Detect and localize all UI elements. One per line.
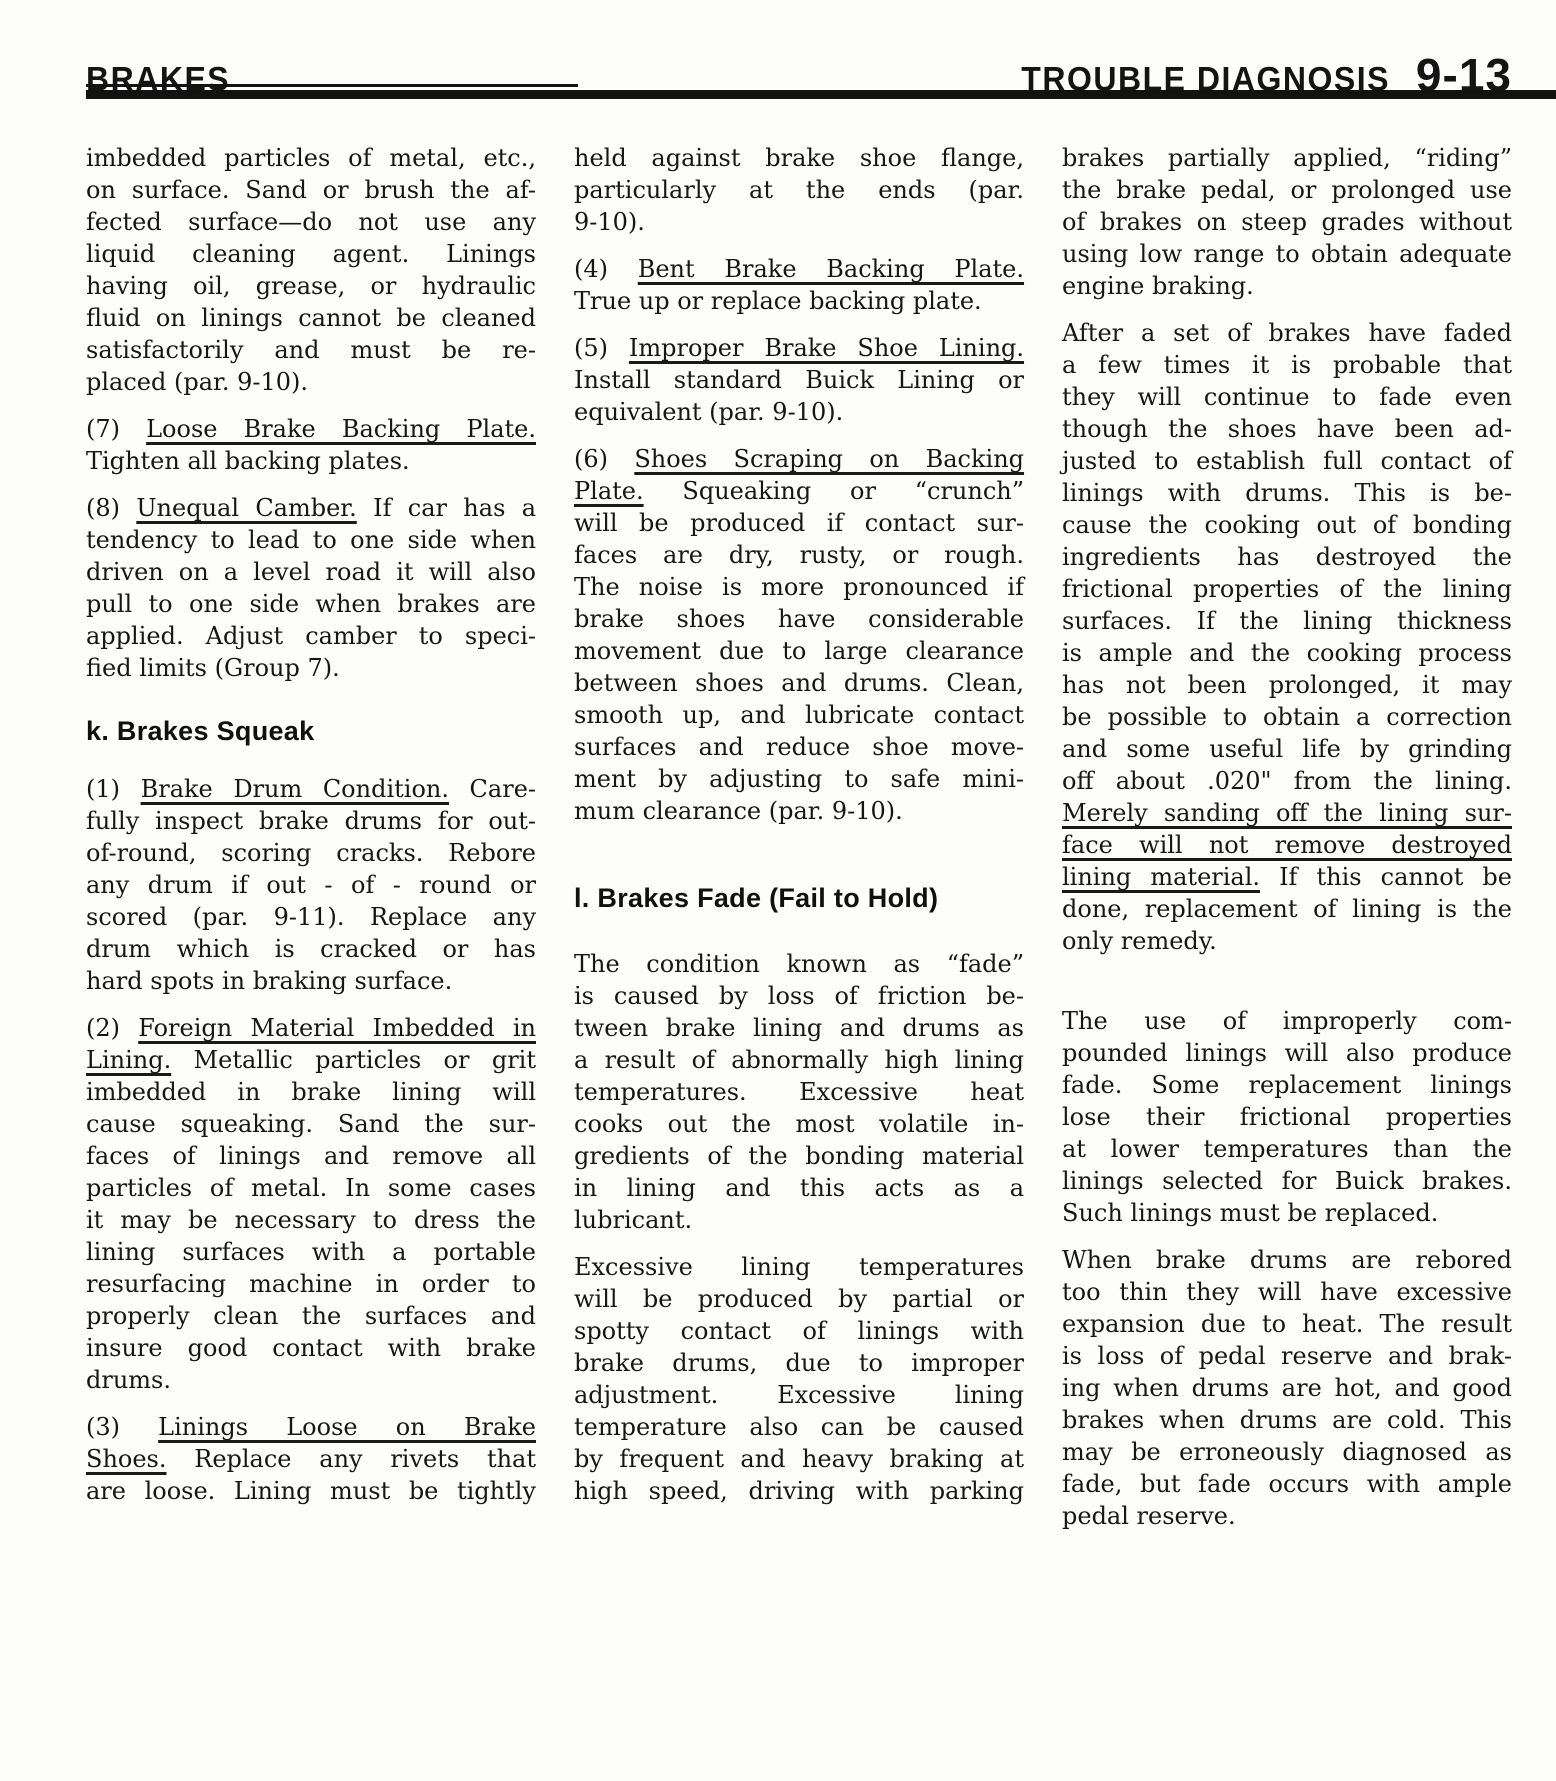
text-line: justed to establish full contact of — [1062, 445, 1512, 477]
text-line: placed (par. 9-10). — [86, 366, 536, 398]
paragraph: (8) Unequal Camber. If car has atendency… — [86, 492, 536, 684]
text-line: in lining and this acts as a — [574, 1172, 1024, 1204]
text-column-2: held against brake shoe flange,particula… — [574, 142, 1024, 1547]
text-line: by frequent and heavy braking at — [574, 1443, 1024, 1475]
text-line: pull to one side when brakes are — [86, 588, 536, 620]
text-line: too thin they will have excessive — [1062, 1276, 1512, 1308]
text-line: insure good contact with brake — [86, 1332, 536, 1364]
columns: imbedded particles of metal, etc.,on sur… — [86, 142, 1512, 1547]
text-line: surfaces and reduce shoe move- — [574, 731, 1024, 763]
text-column-1: imbedded particles of metal, etc.,on sur… — [86, 142, 536, 1547]
text-line: fluid on linings cannot be cleaned — [86, 302, 536, 334]
paragraph: brakes partially applied, “riding”the br… — [1062, 142, 1512, 302]
text-line: ment by adjusting to safe mini- — [574, 763, 1024, 795]
text-line: a result of abnormally high lining — [574, 1044, 1024, 1076]
text-line: movement due to large clearance — [574, 635, 1024, 667]
text-line: drum which is cracked or has — [86, 933, 536, 965]
text-line: linings with drums. This is be- — [1062, 477, 1512, 509]
section-heading: l. Brakes Fade (Fail to Hold) — [574, 883, 1024, 914]
text-line: of-round, scoring cracks. Rebore — [86, 837, 536, 869]
text-line: faces are dry, rusty, or rough. — [574, 539, 1024, 571]
text-line: and some useful life by grinding — [1062, 733, 1512, 765]
text-line: Excessive lining temperatures — [574, 1251, 1024, 1283]
text-line: fected surface—do not use any — [86, 206, 536, 238]
text-line: is loss of pedal reserve and brak- — [1062, 1340, 1512, 1372]
text-line: cause the cooking out of bonding — [1062, 509, 1512, 541]
text-line: (5) Improper Brake Shoe Lining. — [574, 332, 1024, 364]
text-line: done, replacement of lining is the — [1062, 893, 1512, 925]
text-line: be possible to obtain a correction — [1062, 701, 1512, 733]
paragraph: imbedded particles of metal, etc.,on sur… — [86, 142, 536, 398]
text-line: (8) Unequal Camber. If car has a — [86, 492, 536, 524]
text-line: Tighten all backing plates. — [86, 445, 536, 477]
paragraph: (6) Shoes Scraping on BackingPlate. Sque… — [574, 443, 1024, 827]
text-line: (4) Bent Brake Backing Plate. — [574, 253, 1024, 285]
header-rule-thin — [86, 84, 578, 87]
text-line: at lower temperatures than the — [1062, 1133, 1512, 1165]
text-line: frictional properties of the lining — [1062, 573, 1512, 605]
text-line: pounded linings will also produce — [1062, 1037, 1512, 1069]
text-line: has not been prolonged, it may — [1062, 669, 1512, 701]
text-line: fade, but fade occurs with ample — [1062, 1468, 1512, 1500]
manual-page: BRAKES TROUBLE DIAGNOSIS 9-13 imbedded p… — [0, 0, 1556, 1781]
text-line: face will not remove destroyed — [1062, 829, 1512, 861]
text-line: using low range to obtain adequate — [1062, 238, 1512, 270]
text-line: will be produced if contact sur- — [574, 507, 1024, 539]
text-line: drums. — [86, 1364, 536, 1396]
text-line: lose their frictional properties — [1062, 1101, 1512, 1133]
paragraph: (1) Brake Drum Condition. Care-fully ins… — [86, 773, 536, 997]
text-line: they will continue to fade even — [1062, 381, 1512, 413]
text-line: tendency to lead to one side when — [86, 524, 536, 556]
text-line: engine braking. — [1062, 270, 1512, 302]
text-line: lining material. If this cannot be — [1062, 861, 1512, 893]
text-line: surfaces. If the lining thickness — [1062, 605, 1512, 637]
text-line: satisfactorily and must be re- — [86, 334, 536, 366]
text-line: Merely sanding off the lining sur- — [1062, 797, 1512, 829]
text-line: fully inspect brake drums for out- — [86, 805, 536, 837]
text-line: will be produced by partial or — [574, 1283, 1024, 1315]
text-line: When brake drums are rebored — [1062, 1244, 1512, 1276]
text-line: brake drums, due to improper — [574, 1347, 1024, 1379]
section-heading: k. Brakes Squeak — [86, 716, 536, 747]
text-line: Such linings must be replaced. — [1062, 1197, 1512, 1229]
text-line: it may be necessary to dress the — [86, 1204, 536, 1236]
text-line: 9-10). — [574, 206, 1024, 238]
text-line: mum clearance (par. 9-10). — [574, 795, 1024, 827]
text-line: brakes when drums are cold. This — [1062, 1404, 1512, 1436]
text-line: though the shoes have been ad- — [1062, 413, 1512, 445]
paragraph: held against brake shoe flange,particula… — [574, 142, 1024, 238]
text-line: After a set of brakes have faded — [1062, 317, 1512, 349]
text-line: tween brake lining and drums as — [574, 1012, 1024, 1044]
text-line: applied. Adjust camber to speci- — [86, 620, 536, 652]
text-line: any drum if out - of - round or — [86, 869, 536, 901]
paragraph: When brake drums are reboredtoo thin the… — [1062, 1244, 1512, 1532]
text-line: ing when drums are hot, and good — [1062, 1372, 1512, 1404]
text-line: smooth up, and lubricate contact — [574, 699, 1024, 731]
paragraph: (5) Improper Brake Shoe Lining.Install s… — [574, 332, 1024, 428]
paragraph: (3) Linings Loose on BrakeShoes. Replace… — [86, 1411, 536, 1507]
text-line: Lining. Metallic particles or grit — [86, 1044, 536, 1076]
text-line: a few times it is probable that — [1062, 349, 1512, 381]
header-rule-thick — [86, 90, 1556, 99]
text-line: high speed, driving with parking — [574, 1475, 1024, 1507]
text-line: imbedded in brake lining will — [86, 1076, 536, 1108]
text-line: brakes partially applied, “riding” — [1062, 142, 1512, 174]
text-line: having oil, grease, or hydraulic — [86, 270, 536, 302]
text-column-3: brakes partially applied, “riding”the br… — [1062, 142, 1512, 1547]
text-line: temperatures. Excessive heat — [574, 1076, 1024, 1108]
text-line: (6) Shoes Scraping on Backing — [574, 443, 1024, 475]
text-line: the brake pedal, or prolonged use — [1062, 174, 1512, 206]
text-line: The condition known as “fade” — [574, 948, 1024, 980]
text-line: is ample and the cooking process — [1062, 637, 1512, 669]
text-line: (1) Brake Drum Condition. Care- — [86, 773, 536, 805]
text-line: (2) Foreign Material Imbedded in — [86, 1012, 536, 1044]
text-line: The noise is more pronounced if — [574, 571, 1024, 603]
paragraph: (2) Foreign Material Imbedded inLining. … — [86, 1012, 536, 1396]
text-line: ingredients has destroyed the — [1062, 541, 1512, 573]
paragraph: After a set of brakes have fadeda few ti… — [1062, 317, 1512, 957]
text-line: temperature also can be caused — [574, 1411, 1024, 1443]
text-line: pedal reserve. — [1062, 1500, 1512, 1532]
text-line: (7) Loose Brake Backing Plate. — [86, 413, 536, 445]
text-line: adjustment. Excessive lining — [574, 1379, 1024, 1411]
text-line: off about .020" from the lining. — [1062, 765, 1512, 797]
text-line: (3) Linings Loose on Brake — [86, 1411, 536, 1443]
text-line: of brakes on steep grades without — [1062, 206, 1512, 238]
text-line: cooks out the most volatile in- — [574, 1108, 1024, 1140]
text-line: resurfacing machine in order to — [86, 1268, 536, 1300]
text-line: particles of metal. In some cases — [86, 1172, 536, 1204]
text-line: hard spots in braking surface. — [86, 965, 536, 997]
text-line: scored (par. 9-11). Replace any — [86, 901, 536, 933]
text-line: equivalent (par. 9-10). — [574, 396, 1024, 428]
text-line: driven on a level road it will also — [86, 556, 536, 588]
text-line: faces of linings and remove all — [86, 1140, 536, 1172]
text-line: expansion due to heat. The result — [1062, 1308, 1512, 1340]
text-line: Plate. Squeaking or “crunch” — [574, 475, 1024, 507]
text-line: Install standard Buick Lining or — [574, 364, 1024, 396]
text-line: fade. Some replacement linings — [1062, 1069, 1512, 1101]
paragraph: The condition known as “fade”is caused b… — [574, 948, 1024, 1236]
text-line: lubricant. — [574, 1204, 1024, 1236]
text-line: is caused by loss of friction be- — [574, 980, 1024, 1012]
paragraph: Excessive lining temperatureswill be pro… — [574, 1251, 1024, 1507]
paragraph: (7) Loose Brake Backing Plate.Tighten al… — [86, 413, 536, 477]
text-line: True up or replace backing plate. — [574, 285, 1024, 317]
text-line: may be erroneously diagnosed as — [1062, 1436, 1512, 1468]
text-line: cause squeaking. Sand the sur- — [86, 1108, 536, 1140]
text-line: lining surfaces with a portable — [86, 1236, 536, 1268]
text-line: brake shoes have considerable — [574, 603, 1024, 635]
text-line: linings selected for Buick brakes. — [1062, 1165, 1512, 1197]
text-line: fied limits (Group 7). — [86, 652, 536, 684]
text-line: The use of improperly com- — [1062, 1005, 1512, 1037]
text-line: between shoes and drums. Clean, — [574, 667, 1024, 699]
text-line: properly clean the surfaces and — [86, 1300, 536, 1332]
text-line: liquid cleaning agent. Linings — [86, 238, 536, 270]
text-line: imbedded particles of metal, etc., — [86, 142, 536, 174]
paragraph: The use of improperly com-pounded lining… — [1062, 1005, 1512, 1229]
text-line: gredients of the bonding material — [574, 1140, 1024, 1172]
text-line: are loose. Lining must be tightly — [86, 1475, 536, 1507]
text-line: held against brake shoe flange, — [574, 142, 1024, 174]
text-line: spotty contact of linings with — [574, 1315, 1024, 1347]
paragraph: (4) Bent Brake Backing Plate.True up or … — [574, 253, 1024, 317]
text-line: only remedy. — [1062, 925, 1512, 957]
text-line: particularly at the ends (par. — [574, 174, 1024, 206]
text-line: Shoes. Replace any rivets that — [86, 1443, 536, 1475]
text-line: on surface. Sand or brush the af- — [86, 174, 536, 206]
